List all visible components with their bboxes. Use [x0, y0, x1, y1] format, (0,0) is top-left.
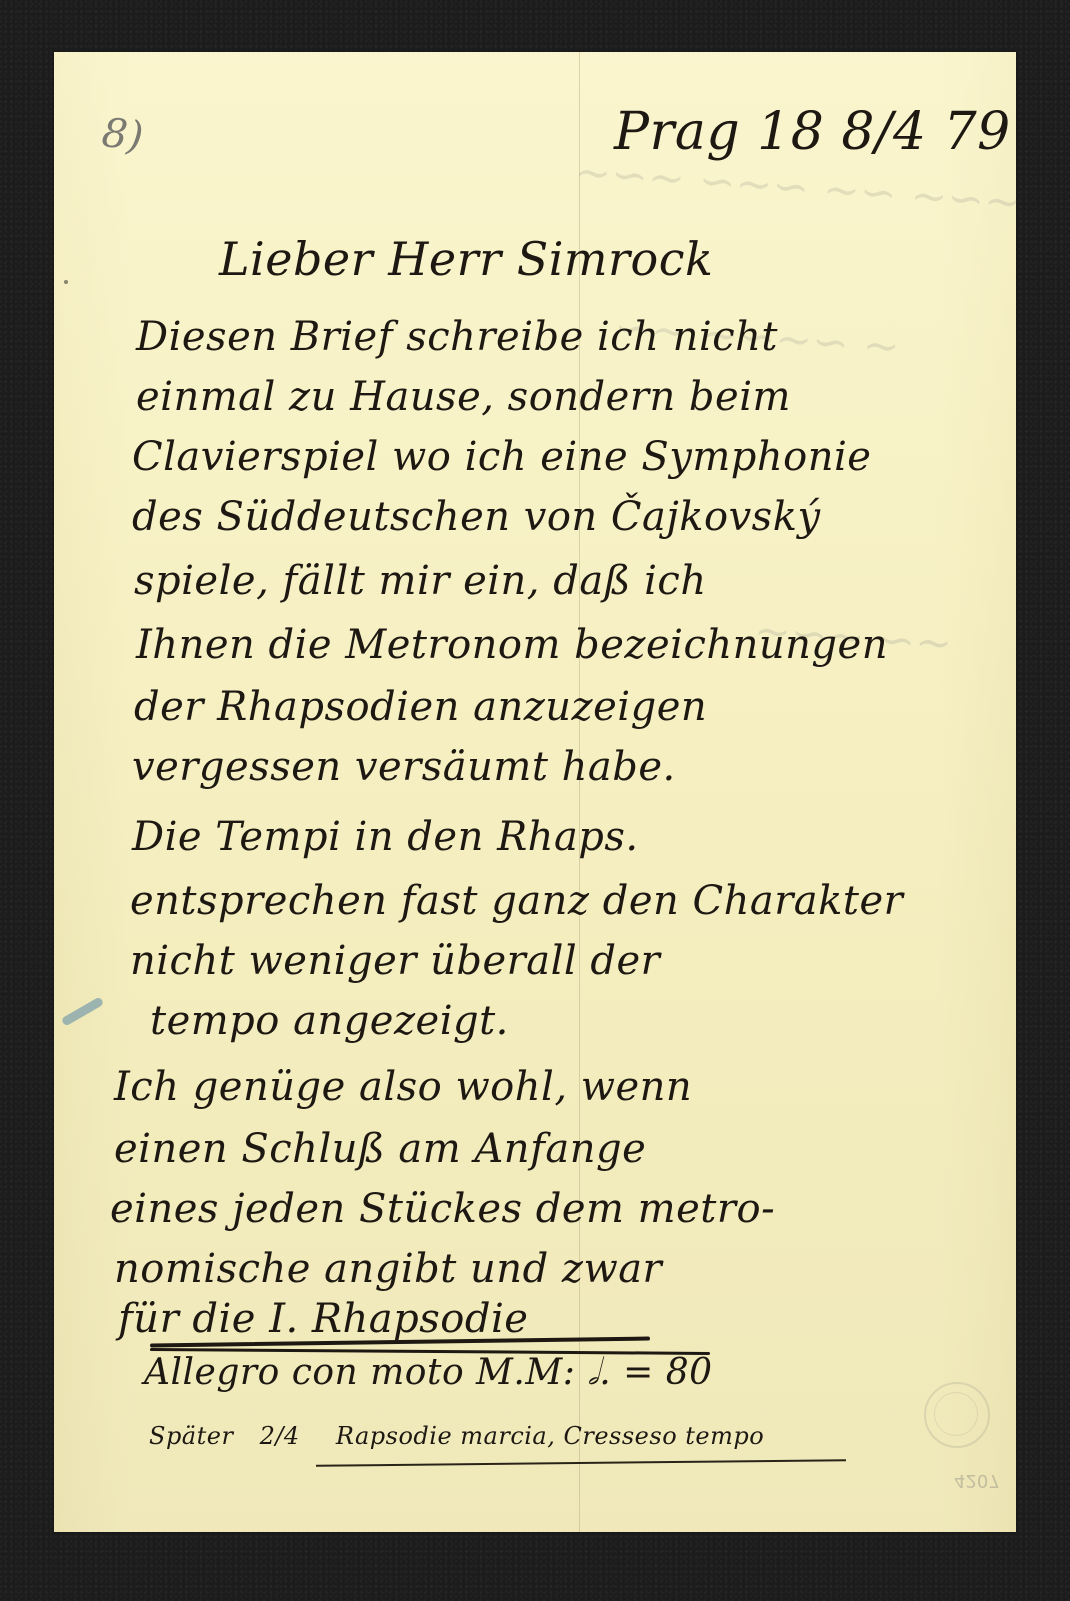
body-line: Die Tempi in den Rhaps.: [132, 814, 639, 860]
footnote-text: Rapsodie marcia, Cresseso tempo: [336, 1422, 764, 1450]
body-line: Diesen Brief schreibe ich nicht: [136, 314, 778, 360]
salutation: Lieber Herr Simrock: [219, 232, 713, 286]
place-date: Prag 18 8/4 79: [614, 102, 1011, 162]
body-line: entsprechen fast ganz den Charakter: [130, 878, 903, 924]
body-line: Ihnen die Metronom bezeichnungen: [136, 622, 888, 668]
footnote-prefix: Später: [149, 1422, 233, 1450]
body-line: für die I. Rhapsodie: [118, 1296, 528, 1342]
footnote-underline: [316, 1459, 846, 1467]
body-line: tempo angezeigt.: [150, 998, 509, 1044]
body-line: nicht weniger überall der: [130, 938, 660, 984]
body-line: einmal zu Hause, sondern beim: [136, 374, 791, 420]
body-line: der Rhapsodien anzuzeigen: [134, 684, 707, 730]
body-line: Ich genüge also wohl, wenn: [114, 1064, 692, 1110]
body-line: spiele, fällt mir ein, daß ich: [134, 558, 707, 604]
body-line: Clavierspiel wo ich eine Symphonie: [132, 434, 871, 480]
footnote: Später 2/4 Rapsodie marcia, Cresseso tem…: [149, 1422, 764, 1450]
body-line: nomische angibt und zwar: [114, 1246, 662, 1292]
body-line: einen Schluß am Anfange: [114, 1126, 646, 1172]
body-line: vergessen versäumt habe.: [132, 744, 676, 790]
library-stamp: [924, 1382, 990, 1448]
folio-number: 8): [100, 110, 146, 160]
inventory-number: 4207: [954, 1470, 1000, 1491]
body-line: eines jeden Stückes dem metro-: [110, 1186, 775, 1232]
blue-pencil-mark: [61, 996, 104, 1026]
letter-paper: ∼∽∼ ∽∼∽ ∼∽ ∼∽∼ ∽∼ ∼∽∼∽ ∼ ∼∽∼ ∽∼ 8) Prag …: [54, 52, 1016, 1532]
tempo-marking: Allegro con moto M.M: 𝅗𝅥. = 80: [144, 1352, 713, 1394]
footnote-time-signature: 2/4: [260, 1422, 300, 1450]
paper-speck: [64, 280, 68, 284]
body-line: des Süddeutschen von Čajkovský: [132, 494, 821, 540]
